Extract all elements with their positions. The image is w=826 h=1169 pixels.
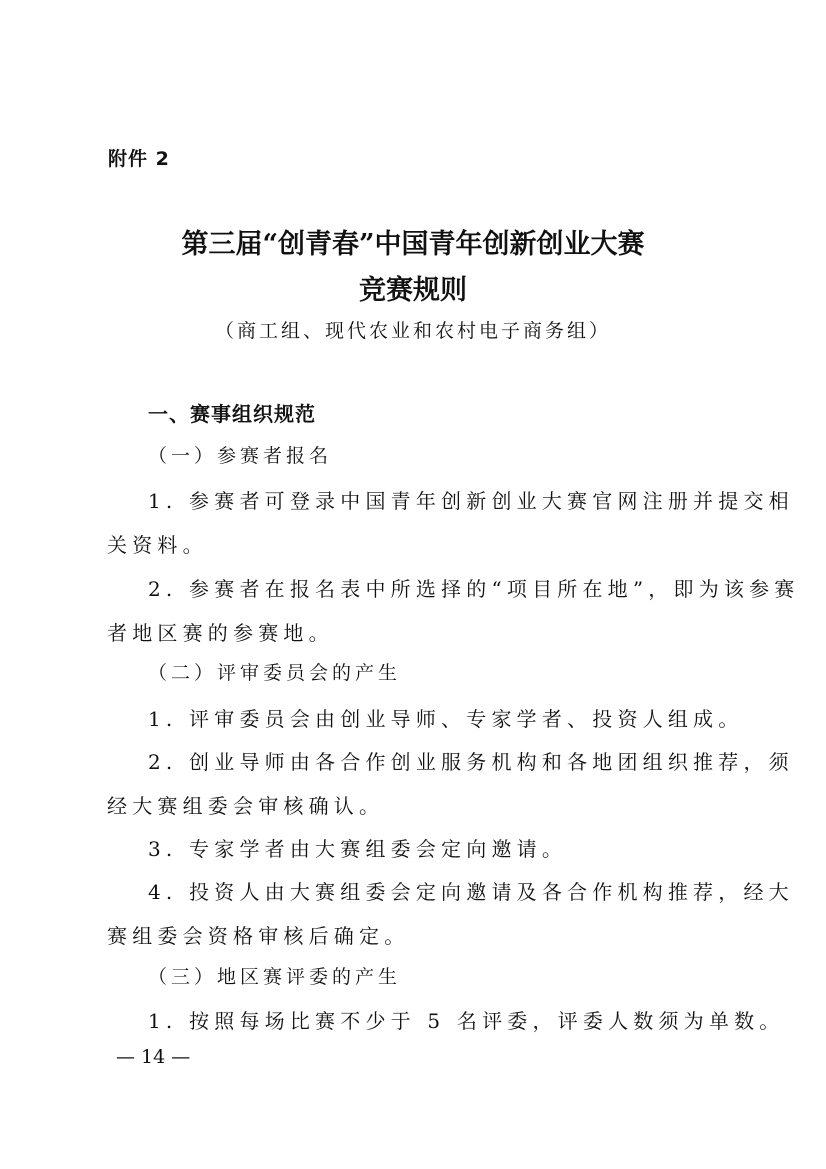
paragraph-line: 1. 参赛者可登录中国青年创新创业大赛官网注册并提交相: [148, 485, 794, 514]
paragraph-line: 3. 专家学者由大赛组委会定向邀请。: [148, 833, 567, 862]
attachment-label: 附件 2: [108, 144, 170, 171]
document-title-line1: 第三届“创青春”中国青年创新创业大赛: [0, 222, 826, 261]
subsection-heading-2: （二）评审委员会的产生: [148, 658, 401, 685]
paragraph-line: 1. 评审委员会由创业导师、专家学者、投资人组成。: [148, 703, 743, 732]
paragraph-line: 1. 按照每场比赛不少于 5 名评委，评委人数须为单数。: [148, 1005, 784, 1034]
section-heading-1: 一、赛事组织规范: [148, 398, 316, 427]
document-subtitle: （商工组、现代农业和农村电子商务组）: [0, 316, 826, 343]
paragraph-line: 赛组委会资格审核后确定。: [107, 920, 409, 949]
page-number: — 14 —: [116, 1046, 190, 1068]
subsection-heading-3: （三）地区赛评委的产生: [148, 962, 401, 989]
paragraph-line: 者地区赛的参赛地。: [107, 617, 334, 646]
paragraph-line: 2. 参赛者在报名表中所选择的“项目所在地”，即为该参赛: [148, 573, 800, 602]
paragraph-line: 4. 投资人由大赛组委会定向邀请及各合作机构推荐，经大: [148, 876, 794, 905]
document-title-line2: 竞赛规则: [0, 268, 826, 307]
paragraph-line: 关资料。: [107, 529, 208, 558]
paragraph-line: 经大赛组委会审核确认。: [107, 790, 384, 819]
subsection-heading-1: （一）参赛者报名: [148, 441, 332, 468]
paragraph-line: 2. 创业导师由各合作创业服务机构和各地团组织推荐，须: [148, 746, 794, 775]
